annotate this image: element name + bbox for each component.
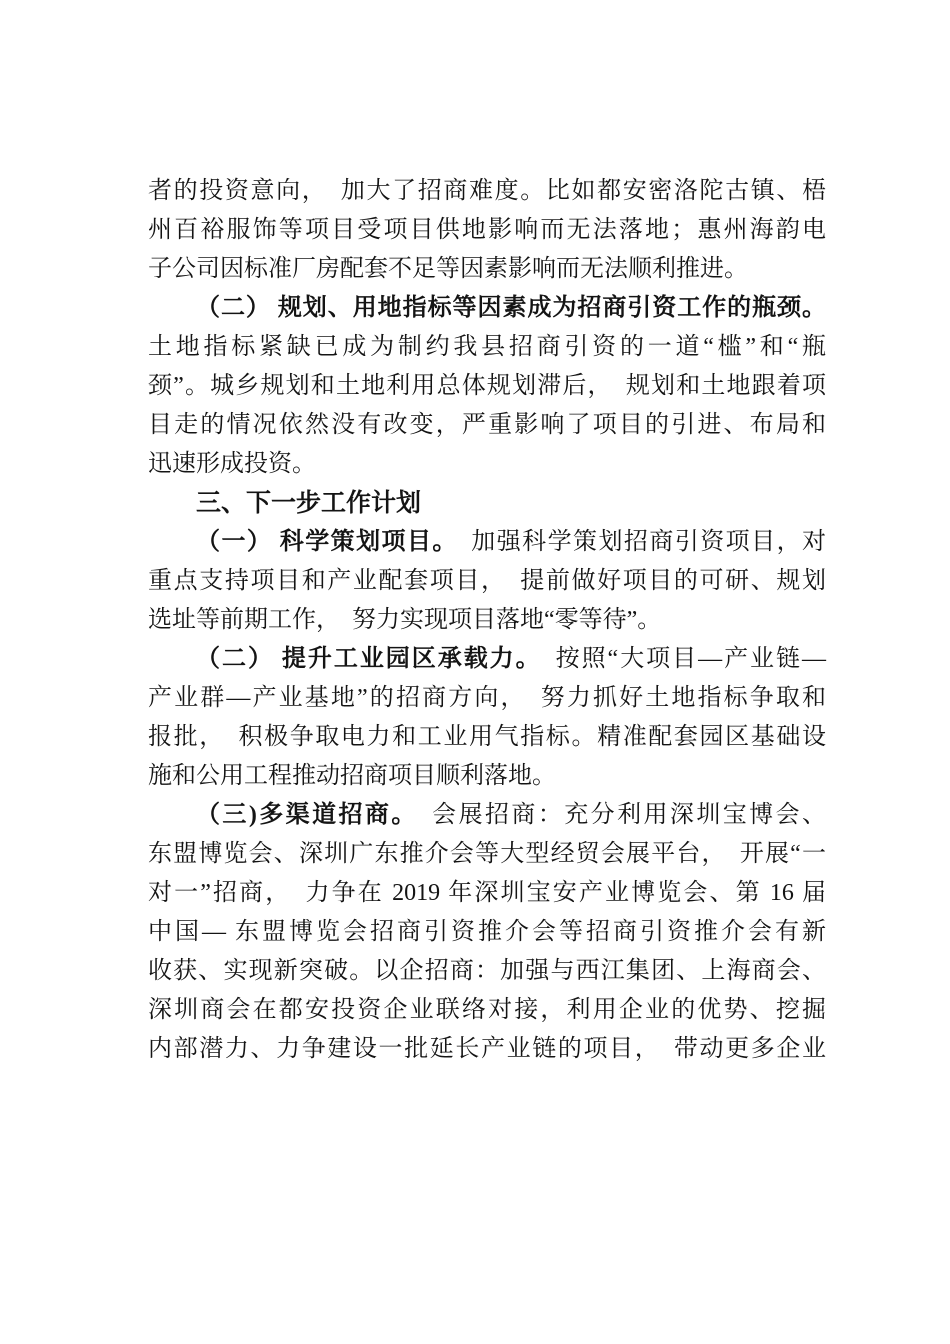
paragraph-text: 按照“大项目—产业链— [530, 646, 826, 672]
section-lead-line: （二） 规划、用地指标等因素成为招商引资工作的瓶颈。 [148, 289, 826, 328]
section-lead-line: （三)多渠道招商。 会展招商：充分利用深圳宝博会、 [148, 796, 826, 835]
text-line: 对一”招商， 力争在 2019 年深圳宝安产业博览会、第 16 届 [148, 874, 826, 913]
text-line: 内部潜力、力争建设一批延长产业链的项目， 带动更多企业 [148, 1030, 826, 1069]
text-line: 收获、实现新突破。以企招商：加强与西江集团、上海商会、 [148, 952, 826, 991]
text-line: 颈”。城乡规划和土地利用总体规划滞后， 规划和土地跟着项 [148, 367, 826, 406]
text-line: 州百裕服饰等项目受项目供地影响而无法落地；惠州海韵电 [148, 211, 826, 250]
paragraph-text: 加强科学策划招商引资项目，对 [446, 529, 826, 555]
text-line: 报批， 积极争取电力和工业用气指标。精准配套园区基础设 [148, 718, 826, 757]
document-page: 者的投资意向， 加大了招商难度。比如都安密洛陀古镇、梧 州百裕服饰等项目受项目供… [0, 0, 950, 1344]
text-line: 产业群—产业基地”的招商方向， 努力抓好土地指标争取和 [148, 679, 826, 718]
paragraph-lead: （三)多渠道招商。 [196, 802, 406, 828]
text-line: 迅速形成投资。 [148, 445, 826, 484]
text-line: 东盟博览会、深圳广东推介会等大型经贸会展平台， 开展“一 [148, 835, 826, 874]
text-line: 深圳商会在都安投资企业联络对接，利用企业的优势、挖掘 [148, 991, 826, 1030]
section-heading: 三、下一步工作计划 [148, 484, 826, 523]
text-line: 重点支持项目和产业配套项目， 提前做好项目的可研、规划 [148, 562, 826, 601]
section-lead-line: （二） 提升工业园区承载力。 按照“大项目—产业链— [148, 640, 826, 679]
paragraph-lead: （一） 科学策划项目。 [196, 529, 446, 555]
text-line: 目走的情况依然没有改变，严重影响了项目的引进、布局和 [148, 406, 826, 445]
text-line: 土地指标紧缺已成为制约我县招商引资的一道“槛”和“瓶 [148, 328, 826, 367]
text-line: 选址等前期工作， 努力实现项目落地“零等待”。 [148, 601, 826, 640]
paragraph-lead: （二） 提升工业园区承载力。 [196, 646, 530, 672]
text-line: 施和公用工程推动招商项目顺利落地。 [148, 757, 826, 796]
text-block: 者的投资意向， 加大了招商难度。比如都安密洛陀古镇、梧 州百裕服饰等项目受项目供… [148, 172, 826, 1069]
paragraph-lead: （二） 规划、用地指标等因素成为招商引资工作的瓶颈。 [196, 295, 826, 321]
text-line: 者的投资意向， 加大了招商难度。比如都安密洛陀古镇、梧 [148, 172, 826, 211]
section-lead-line: （一） 科学策划项目。 加强科学策划招商引资项目，对 [148, 523, 826, 562]
text-line: 中国— 东盟博览会招商引资推介会等招商引资推介会有新 [148, 913, 826, 952]
text-line: 子公司因标准厂房配套不足等因素影响而无法顺利推进。 [148, 250, 826, 289]
paragraph-text: 会展招商：充分利用深圳宝博会、 [406, 802, 826, 828]
